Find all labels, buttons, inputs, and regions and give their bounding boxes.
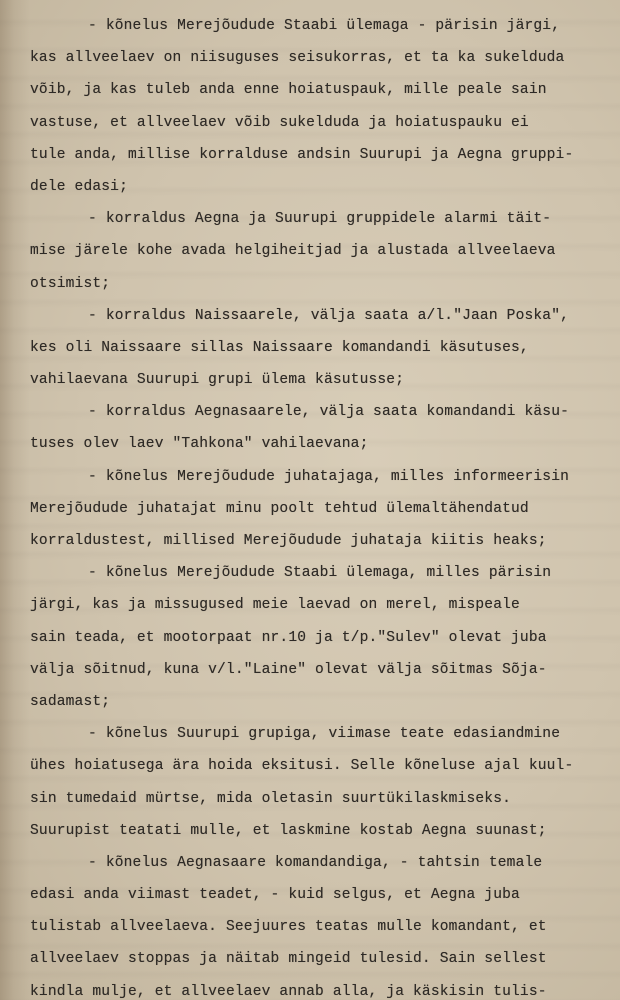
paragraph-first-line: - kõnelus Merejõudude Staabi ülemaga - p…: [30, 10, 620, 42]
text-line: ühes hoiatusega ära hoida eksitusi. Sell…: [30, 750, 620, 782]
text-line: sin tumedaid mürtse, mida oletasin suurt…: [30, 783, 620, 815]
document-body: - kõnelus Merejõudude Staabi ülemaga - p…: [30, 10, 620, 1000]
text-line: tule anda, millise korralduse andsin Suu…: [30, 139, 620, 171]
text-line: vahilaevana Suurupi grupi ülema käsutuss…: [30, 364, 620, 396]
paragraph-first-line: - kõnelus Merejõudude juhatajaga, milles…: [30, 461, 620, 493]
text-line: kas allveelaev on niisuguses seisukorras…: [30, 42, 620, 74]
text-line: tuses olev laev "Tahkona" vahilaevana;: [30, 428, 620, 460]
text-line: korraldustest, millised Merejõudude juha…: [30, 525, 620, 557]
paragraph-first-line: - kõnelus Suurupi grupiga, viimase teate…: [30, 718, 620, 750]
text-line: dele edasi;: [30, 171, 620, 203]
text-line: Merejõudude juhatajat minu poolt tehtud …: [30, 493, 620, 525]
paragraph-first-line: - kõnelus Merejõudude Staabi ülemaga, mi…: [30, 557, 620, 589]
text-line: Suurupist teatati mulle, et laskmine kos…: [30, 815, 620, 847]
text-line: kes oli Naissaare sillas Naissaare koman…: [30, 332, 620, 364]
paragraph-first-line: - korraldus Aegna ja Suurupi gruppidele …: [30, 203, 620, 235]
typewritten-page: - kõnelus Merejõudude Staabi ülemaga - p…: [0, 0, 620, 1000]
paragraph-first-line: - kõnelus Aegnasaare komandandiga, - tah…: [30, 847, 620, 879]
text-line: võib, ja kas tuleb anda enne hoiatuspauk…: [30, 74, 620, 106]
text-line: edasi anda viimast teadet, - kuid selgus…: [30, 879, 620, 911]
paragraph-first-line: - korraldus Aegnasaarele, välja saata ko…: [30, 396, 620, 428]
text-line: järgi, kas ja missugused meie laevad on …: [30, 589, 620, 621]
text-line: vastuse, et allveelaev võib sukelduda ja…: [30, 107, 620, 139]
text-line: mise järele kohe avada helgiheitjad ja a…: [30, 235, 620, 267]
text-line: otsimist;: [30, 268, 620, 300]
text-line: tulistab allveelaeva. Seejuures teatas m…: [30, 911, 620, 943]
text-line: kindla mulje, et allveelaev annab alla, …: [30, 976, 620, 1000]
text-line: sain teada, et mootorpaat nr.10 ja t/p."…: [30, 622, 620, 654]
text-line: sadamast;: [30, 686, 620, 718]
text-line: välja sõitnud, kuna v/l."Laine" olevat v…: [30, 654, 620, 686]
paragraph-first-line: - korraldus Naissaarele, välja saata a/l…: [30, 300, 620, 332]
text-line: allveelaev stoppas ja näitab mingeid tul…: [30, 943, 620, 975]
